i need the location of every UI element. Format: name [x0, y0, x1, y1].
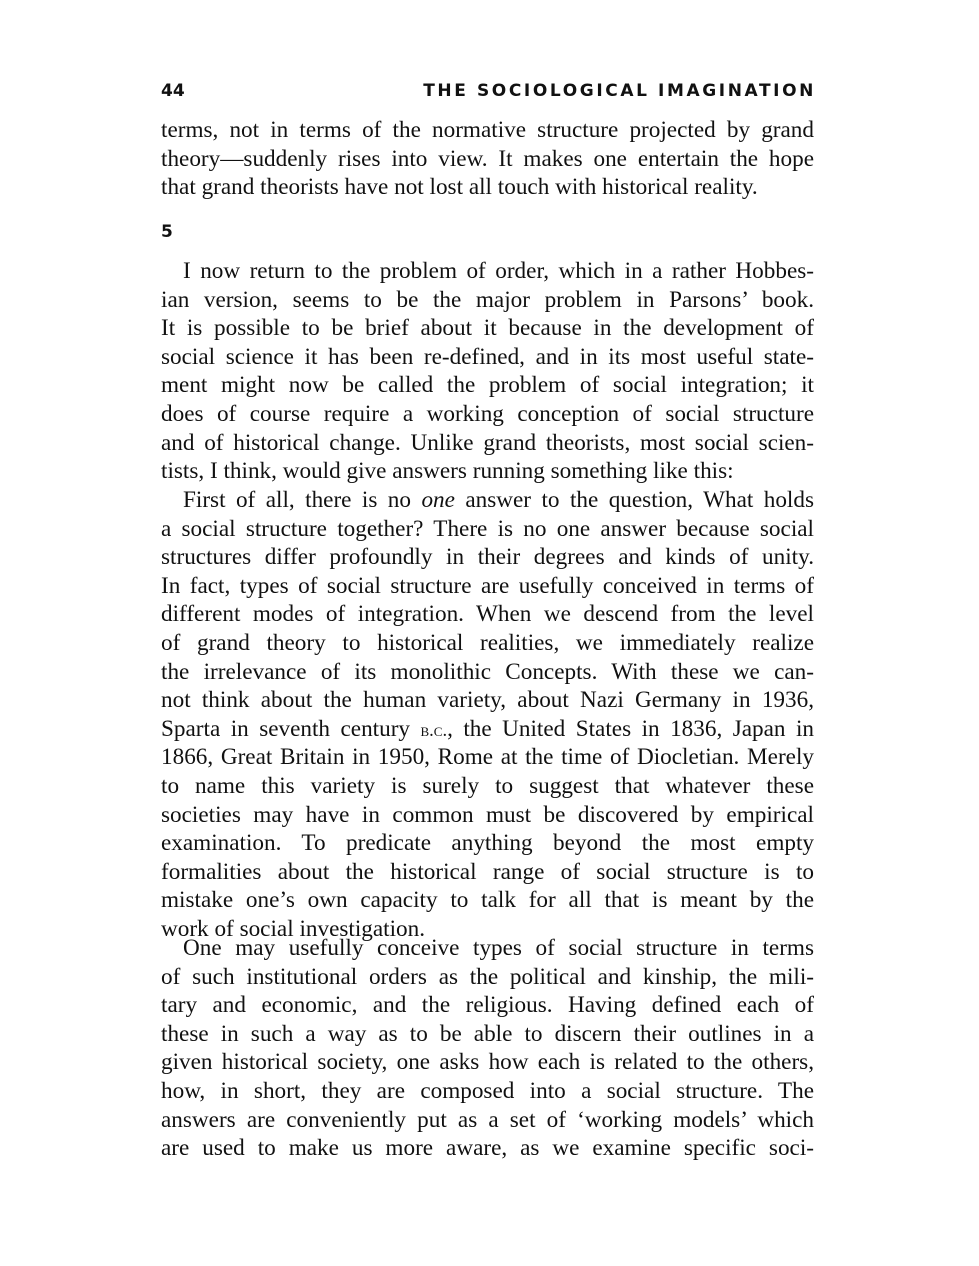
text-line: are used to make us more aware, as we ex… [161, 1134, 814, 1163]
text-line: does of course require a working concept… [161, 400, 814, 429]
text-line: theory—suddenly rises into view. It make… [161, 145, 814, 174]
text-line: different modes of integration. When we … [161, 600, 814, 629]
text-line: examination. To predicate anything beyon… [161, 829, 814, 858]
text-line: ian version, seems to be the major probl… [161, 286, 814, 315]
text-line: terms, not in terms of the normative str… [161, 116, 814, 145]
paragraph-problem-of-order: I now return to the problem of order, wh… [161, 257, 814, 486]
text-fragment: , the United States in 1836, Japan in [447, 716, 814, 742]
text-line: a social structure together? There is no… [161, 515, 814, 544]
text-line: tists, I think, would give answers runni… [161, 457, 814, 486]
text-fragment: Sparta in seventh century [161, 716, 420, 742]
text-fragment: answer to the question, What holds [455, 487, 814, 513]
section-number: 5 [161, 222, 173, 242]
text-line: In fact, types of social structure are u… [161, 572, 814, 601]
text-line: and of historical change. Unlike grand t… [161, 429, 814, 458]
text-line: One may usefully conceive types of socia… [161, 934, 814, 963]
text-line: the irrelevance of its monolithic Concep… [161, 658, 814, 687]
text-line: of grand theory to historical realities,… [161, 629, 814, 658]
text-line: that grand theorists have not lost all t… [161, 173, 814, 202]
text-line: First of all, there is no one answer to … [161, 486, 814, 515]
text-line: It is possible to be brief about it beca… [161, 314, 814, 343]
paragraph-institutional-orders: One may usefully conceive types of socia… [161, 934, 814, 1163]
continued-paragraph: terms, not in terms of the normative str… [161, 116, 814, 202]
smallcaps-bc: b.c. [420, 720, 447, 741]
text-line: social science it has been re-defined, a… [161, 343, 814, 372]
text-line: of such institutional orders as the poli… [161, 963, 814, 992]
text-line: these in such a way as to be able to dis… [161, 1020, 814, 1049]
text-line: 1866, Great Britain in 1950, Rome at the… [161, 743, 814, 772]
text-line: answers are conveniently put as a set of… [161, 1106, 814, 1135]
text-line: tary and economic, and the religious. Ha… [161, 991, 814, 1020]
text-line: Sparta in seventh century b.c., the Unit… [161, 715, 814, 744]
text-fragment: First of all, there is no [183, 487, 421, 513]
running-header: 44 THE SOCIOLOGICAL IMAGINATION [161, 81, 814, 105]
text-line: formalities about the historical range o… [161, 858, 814, 887]
text-line: how, in short, they are composed into a … [161, 1077, 814, 1106]
text-line: societies may have in common must be dis… [161, 801, 814, 830]
text-line: ment might now be called the problem of … [161, 371, 814, 400]
running-title: THE SOCIOLOGICAL IMAGINATION [423, 81, 816, 101]
text-line: given historical society, one asks how e… [161, 1048, 814, 1077]
page-number: 44 [161, 81, 185, 101]
text-line: mistake one’s own capacity to talk for a… [161, 886, 814, 915]
emphasis-one: one [421, 487, 454, 513]
paragraph-first-of-all: First of all, there is no one answer to … [161, 486, 814, 944]
text-line: to name this variety is surely to sugges… [161, 772, 814, 801]
text-line: I now return to the problem of order, wh… [161, 257, 814, 286]
text-line: not think about the human variety, about… [161, 686, 814, 715]
text-line: structures differ profoundly in their de… [161, 543, 814, 572]
